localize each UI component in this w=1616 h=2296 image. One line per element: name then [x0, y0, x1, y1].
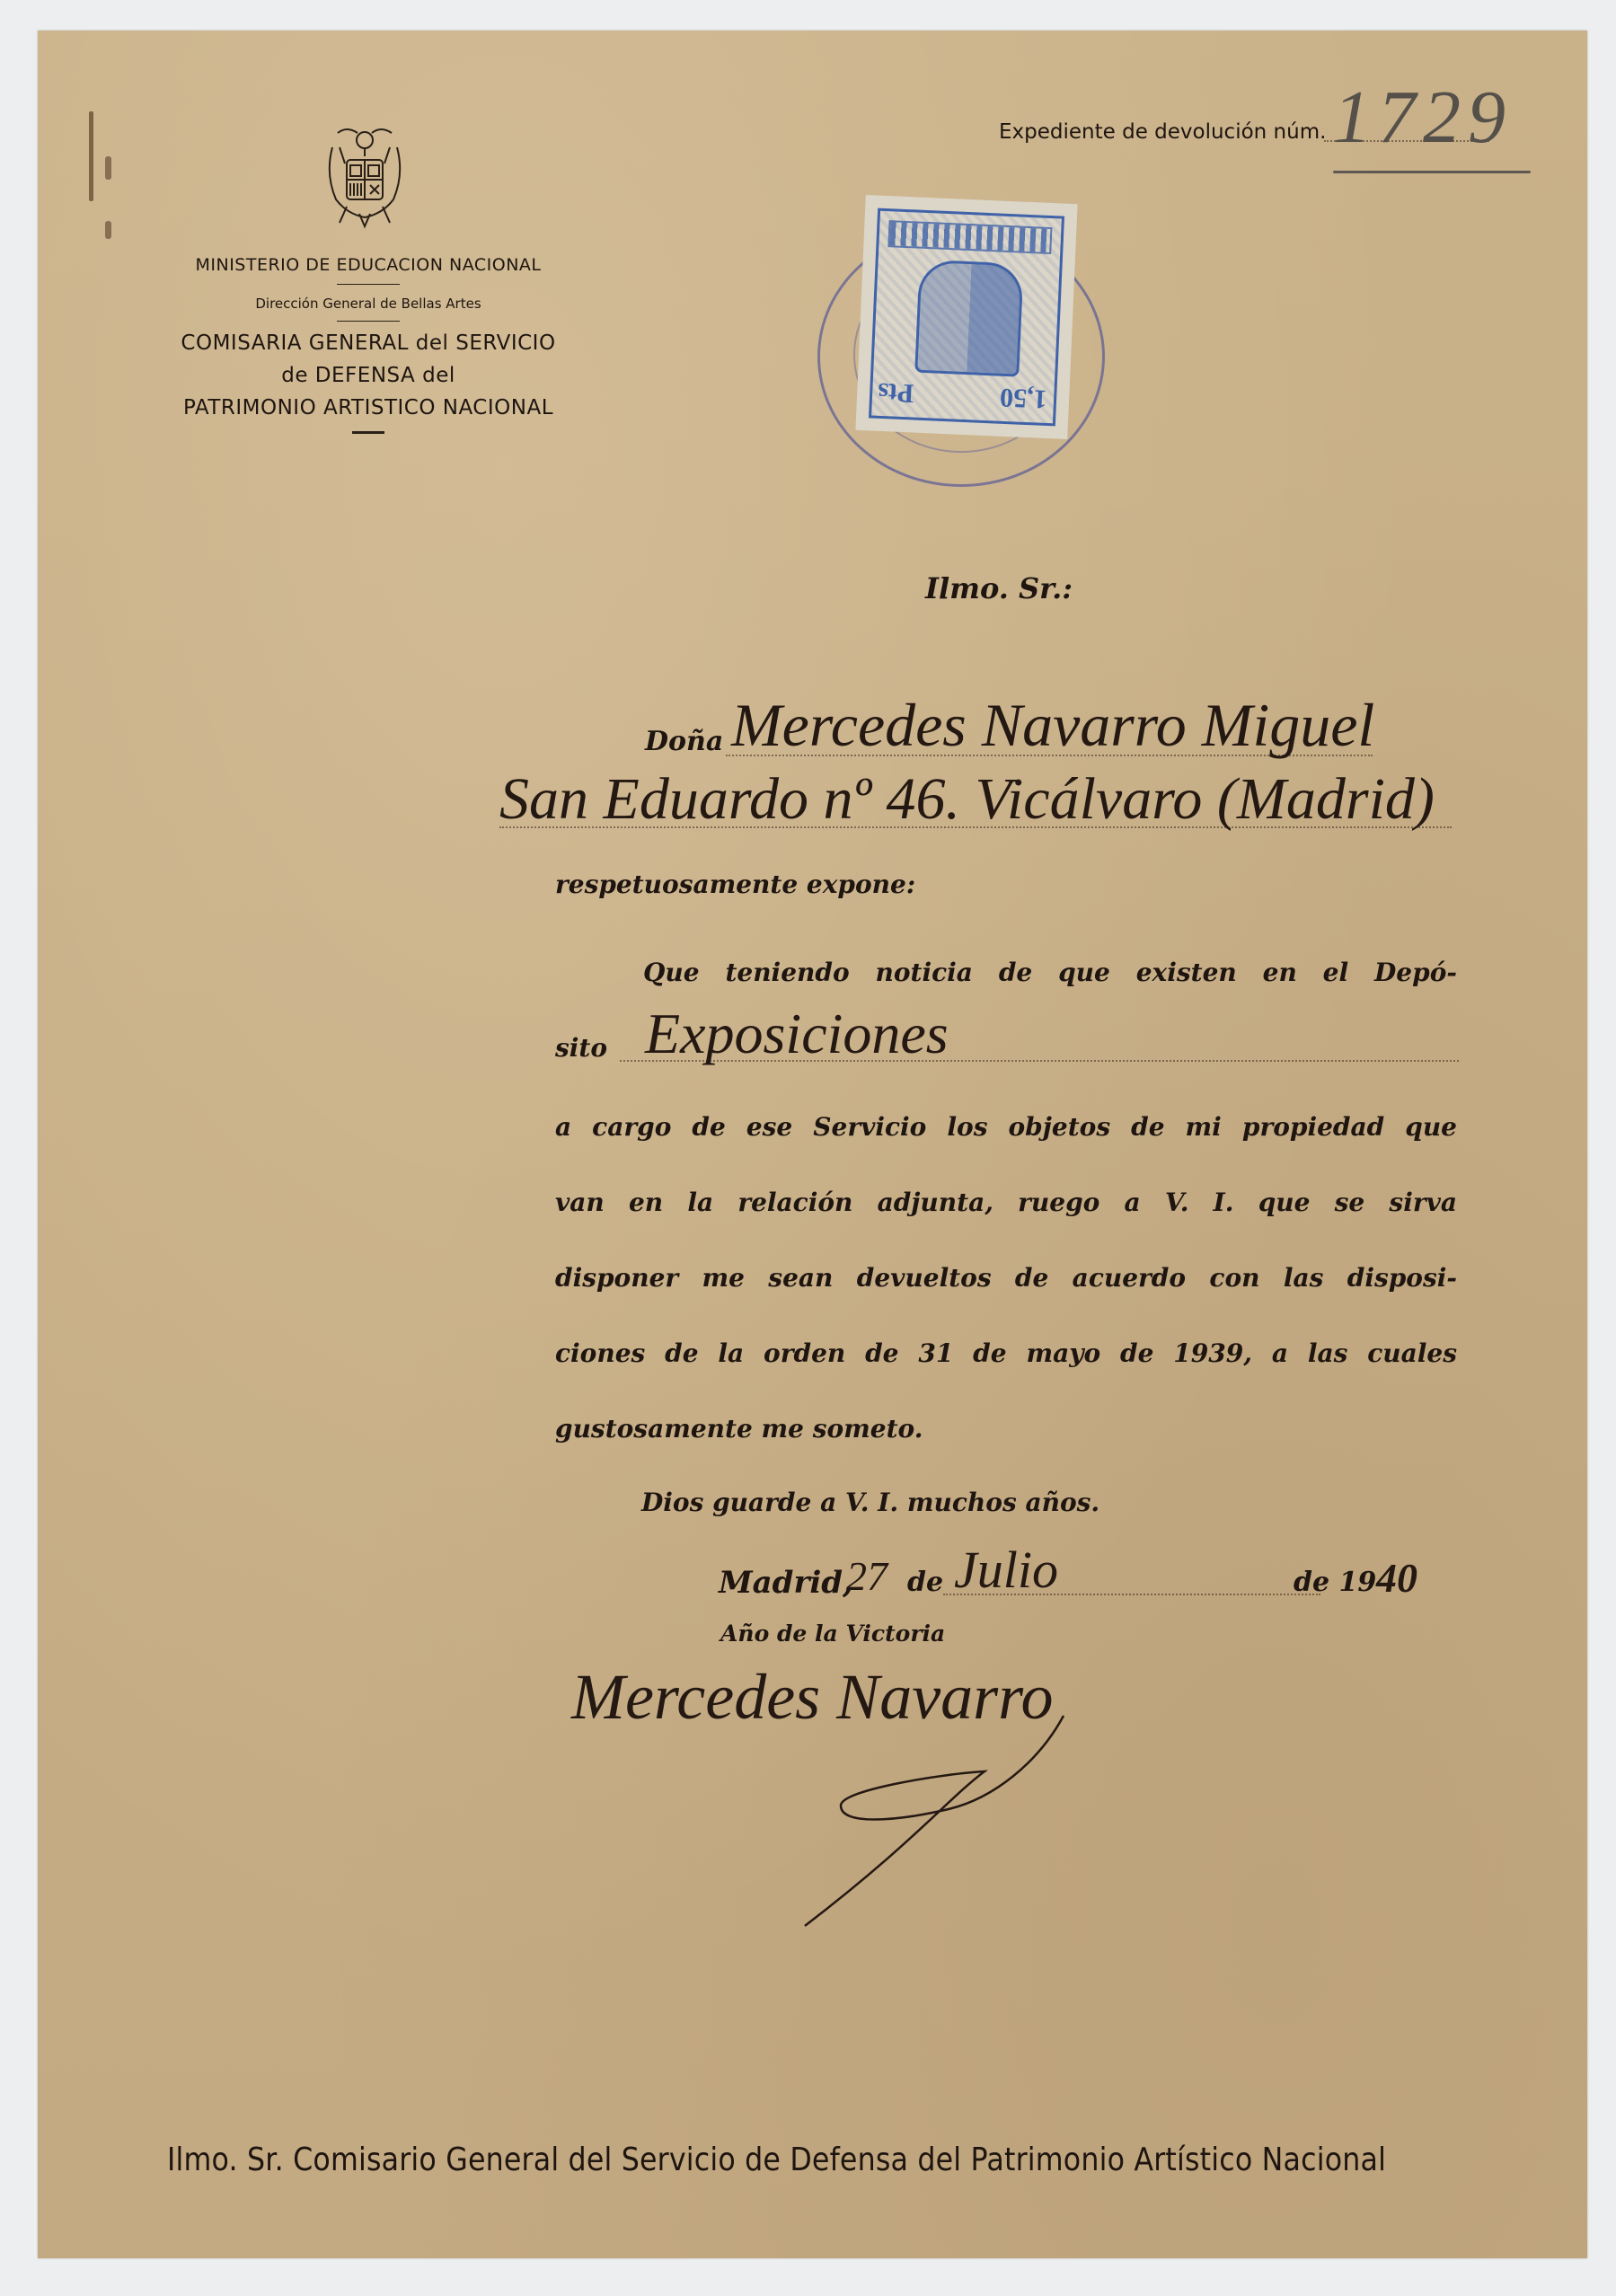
commission-line-2: de DEFENSA del [135, 359, 602, 392]
body-line-1: Que teniendo noticia de que existen en e… [643, 958, 1457, 987]
deposit-line: sito Exposiciones [555, 1006, 1459, 1087]
stamp-denomination: 1,50 [999, 382, 1047, 414]
coat-of-arms-emblem [320, 120, 410, 234]
date-day: 27 [846, 1552, 887, 1600]
body-line-4: van en la relación adjunta, ruego a V. I… [555, 1188, 1457, 1217]
stamp-currency: Pts [878, 376, 914, 409]
signature-flourish [571, 1664, 1110, 1933]
applicant-prefix: Doña [645, 726, 723, 757]
applicant-name-line: Doña Mercedes Navarro Miguel [645, 710, 1453, 764]
revenue-stamp: Pts 1,50 [855, 195, 1077, 439]
binder-hole-marks [85, 110, 112, 226]
divider [337, 284, 400, 285]
body-line-7: gustosamente me someto. [555, 1414, 923, 1444]
year-motto: Año de la Victoria [720, 1620, 945, 1647]
applicant-address: San Eduardo nº 46. Vicálvaro (Madrid) [499, 765, 1435, 834]
deposit-prefix: sito [555, 1033, 607, 1063]
file-number-value: 1729 [1333, 74, 1513, 161]
applicant-address-line: San Eduardo nº 46. Vicálvaro (Madrid) [499, 773, 1577, 862]
deposit-name: Exposiciones [645, 1001, 949, 1067]
issuing-authority-header: MINISTERIO DE EDUCACION NACIONAL Direcci… [135, 255, 602, 434]
date-city: Madrid, [719, 1565, 853, 1601]
body-line-3: a cargo de ese Servicio los objetos de m… [555, 1112, 1457, 1142]
divider [352, 431, 384, 434]
body-line-5: disponer me sean devueltos de acuerdo co… [555, 1263, 1457, 1293]
date-month: Julio [954, 1540, 1058, 1600]
salutation: Ilmo. Sr.: [925, 571, 1073, 605]
body-intro: respetuosamente expone: [555, 870, 915, 899]
date-de: de [907, 1567, 943, 1598]
divider [337, 321, 400, 322]
date-line: Madrid, 27 de Julio de 19 40 [719, 1545, 1527, 1608]
addressee-footer: Ilmo. Sr. Comisario General del Servicio… [167, 2141, 1386, 2178]
applicant-name: Mercedes Navarro Miguel [731, 690, 1374, 761]
commission-line-3: PATRIMONIO ARTISTICO NACIONAL [135, 392, 602, 424]
signature: Mercedes Navarro [571, 1664, 1110, 1933]
file-number-field: Expediente de devolución núm. 1729 [999, 120, 1538, 192]
date-year-suffix: 40 [1376, 1554, 1417, 1602]
closing-formula: Dios guarde a V. I. muchos años. [641, 1488, 1099, 1517]
ministry-name: MINISTERIO DE EDUCACION NACIONAL [135, 255, 602, 275]
body-line-6: ciones de la orden de 31 de mayo de 1939… [555, 1338, 1457, 1368]
shield-icon [914, 260, 1023, 377]
file-number-label: Expediente de devolución núm. [999, 120, 1326, 144]
date-year-prefix: de 19 [1294, 1567, 1376, 1598]
directorate-name: Dirección General de Bellas Artes [135, 296, 602, 312]
file-number-underline [1333, 171, 1531, 173]
commission-line-1: COMISARIA GENERAL del SERVICIO [135, 327, 602, 359]
